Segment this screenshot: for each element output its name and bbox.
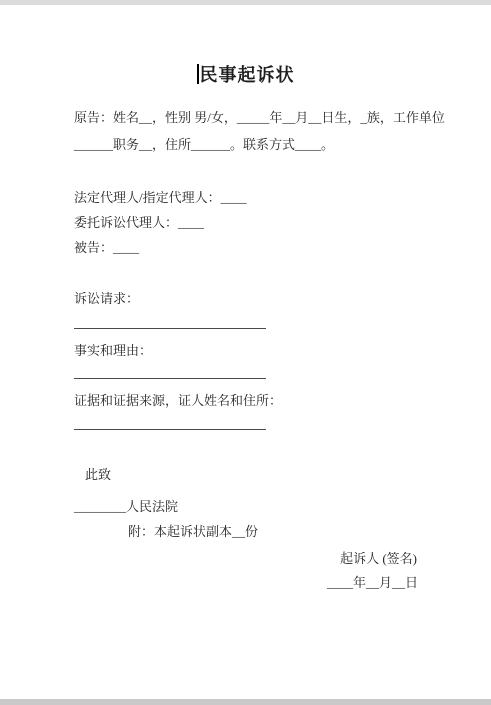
court-line: ________人民法院: [74, 498, 178, 516]
facts-blank-line[interactable]: [74, 378, 266, 379]
legal-agent-line: 法定代理人/指定代理人：____: [74, 189, 247, 207]
plaintiff-info-line-2: ______职务__，住所______。联系方式____。: [74, 136, 334, 154]
document-editor-view: 民事起诉状 原告：姓名__，性别 男/女，_____年__月__日生，_族，工作…: [0, 0, 491, 705]
signature-line: 起诉人 (签名): [340, 550, 417, 568]
top-edge-bar: [0, 0, 491, 5]
text-cursor-caret: [197, 64, 199, 84]
claims-blank-line[interactable]: [74, 328, 266, 329]
claims-heading: 诉讼请求：: [74, 290, 139, 308]
evidence-blank-line[interactable]: [74, 429, 266, 430]
date-line: ____年__月__日: [327, 574, 418, 592]
plaintiff-info-line-1: 原告：姓名__，性别 男/女，_____年__月__日生，_族，工作单位: [74, 109, 445, 127]
facts-heading: 事实和理由：: [74, 342, 152, 360]
evidence-heading: 证据和证据来源，证人姓名和住所：: [74, 392, 282, 410]
document-page[interactable]: 民事起诉状 原告：姓名__，性别 男/女，_____年__月__日生，_族，工作…: [0, 0, 491, 705]
defendant-line: 被告：____: [74, 239, 139, 257]
document-title-row: 民事起诉状: [0, 61, 491, 87]
salutation: 此致: [85, 466, 111, 484]
document-title: 民事起诉状: [200, 65, 295, 85]
attachment-line: 附：本起诉状副本__份: [128, 523, 258, 541]
entrusted-agent-line: 委托诉讼代理人：____: [74, 214, 204, 232]
bottom-edge-bar: [0, 699, 491, 705]
